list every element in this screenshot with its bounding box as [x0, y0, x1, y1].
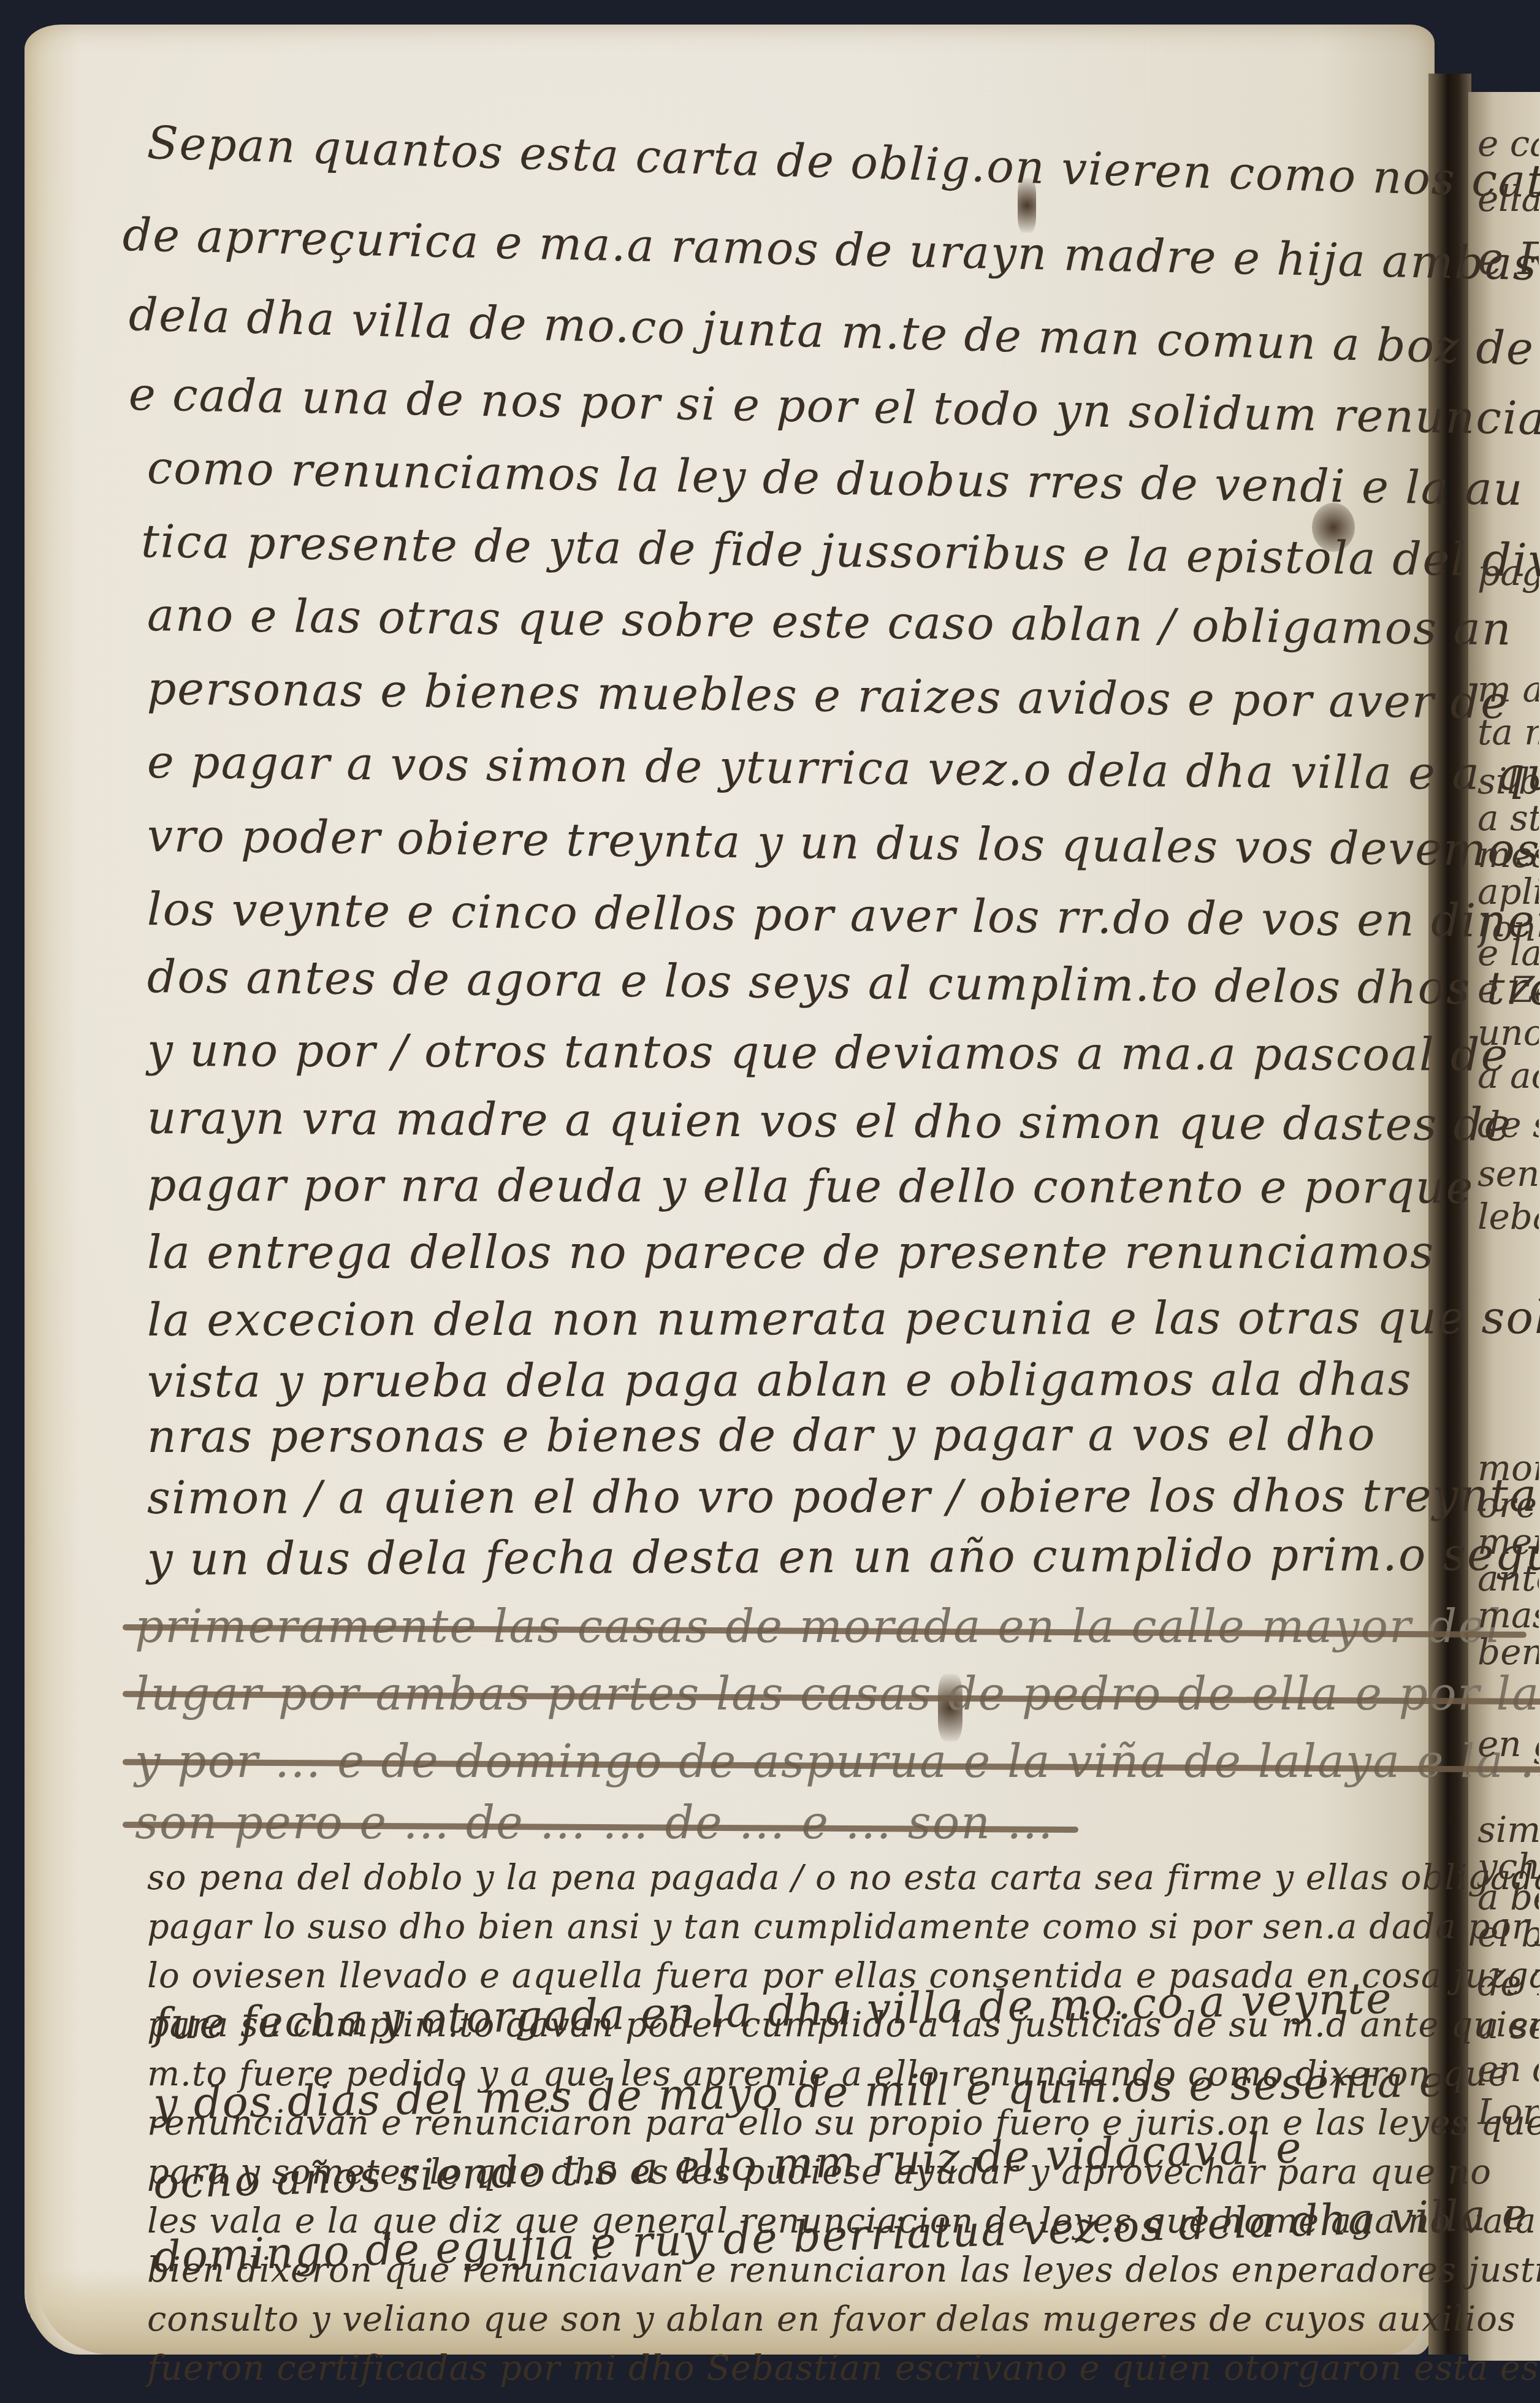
- text-line: simon / a quien el dho vro poder / obier…: [147, 1469, 1538, 1524]
- right-page-fragment: mes ar: [1477, 834, 1539, 876]
- text-line-small: fueron certificadas por mi dho Sebastian…: [147, 2348, 1540, 2388]
- right-page-fragment: ta mero: [1477, 711, 1539, 753]
- right-page-fragment: silba: [1477, 760, 1539, 802]
- struck-text-line: son pero e ... de ... ... de ... e ... s…: [135, 1797, 1054, 1849]
- right-page-fragment: beng: [1477, 1631, 1539, 1673]
- text-line-small: pagar lo suso dho bien ansi y tan cumpli…: [147, 1907, 1540, 1947]
- right-page-fragment: a begr: [1477, 1876, 1539, 1918]
- right-page-fragment: ellas: [1477, 178, 1539, 220]
- right-page-fragment: mer: [1477, 1521, 1539, 1562]
- text-line: la entrega dellos no parece de presente …: [147, 1226, 1435, 1279]
- struck-text-line: primeramente las casas de morada en la c…: [135, 1600, 1502, 1653]
- right-page-fragment: mas: [1477, 1594, 1539, 1636]
- right-page-fragment: uno: [1477, 1012, 1539, 1053]
- right-page-fragment: a stip: [1477, 797, 1539, 839]
- text-line: y uno por / otros tantos que deviamos a …: [147, 1024, 1509, 1082]
- right-page-fragment: el beyriat: [1477, 1913, 1539, 1955]
- right-page-fragment: de Te: [1477, 1962, 1539, 2004]
- right-page-fragment: ante: [1477, 1557, 1539, 1599]
- manuscript-spread: Sepan quantos esta carta de oblig.on vie…: [0, 0, 1540, 2403]
- text-line: y un dus dela fecha desta en un año cump…: [147, 1527, 1540, 1586]
- right-page-fragment: morta: [1477, 1447, 1539, 1489]
- struck-text-line: y por ... e de domingo de aspurua e la v…: [135, 1735, 1540, 1788]
- right-page-fragment: pago del: [1477, 552, 1539, 594]
- text-line-small: consulto y veliano que son y ablan en fa…: [147, 2299, 1516, 2339]
- text-line: vista y prueba dela paga ablan e obligam…: [147, 1353, 1412, 1408]
- right-page-fragment: e Rue: [1477, 233, 1539, 285]
- right-page-fragment: e las: [1477, 932, 1539, 974]
- right-page-fragment: e cae: [1477, 123, 1539, 164]
- right-page-fragment: aplice: [1477, 871, 1539, 912]
- text-line: urayn vra madre a quien vos el dho simon…: [147, 1091, 1512, 1152]
- right-page-fragment: en ge: [1477, 1723, 1539, 1765]
- right-page-fragment: de sfo: [1477, 1104, 1539, 1145]
- right-page-fragment: Lorg: [1477, 2091, 1539, 2133]
- right-page-fragment: lebas: [1477, 1196, 1539, 1237]
- text-line: pagar por nra deuda y ella fue dello con…: [147, 1159, 1474, 1214]
- right-page-fragment: a acc: [1477, 1055, 1539, 1096]
- right-page-fragment: ore: [1477, 1484, 1539, 1526]
- text-line: nras personas e bienes de dar y pagar a …: [147, 1408, 1376, 1463]
- right-page-fragment: en de: [1477, 2048, 1539, 2090]
- struck-text-line: lugar por ambas partes las casas de pedr…: [135, 1668, 1540, 1721]
- right-page-fragment: m aquen: [1477, 668, 1539, 710]
- right-page-fragment: senere: [1477, 1153, 1539, 1194]
- text-line-small: so pena del doblo y la pena pagada / o n…: [147, 1858, 1540, 1898]
- right-page-fragment: simon on: [1477, 1809, 1539, 1851]
- right-page-fragment: a seru: [1477, 2005, 1539, 2047]
- text-line: la excecion dela non numerata pecunia e …: [147, 1291, 1540, 1347]
- right-page-fragment: e Zalo: [1477, 969, 1539, 1010]
